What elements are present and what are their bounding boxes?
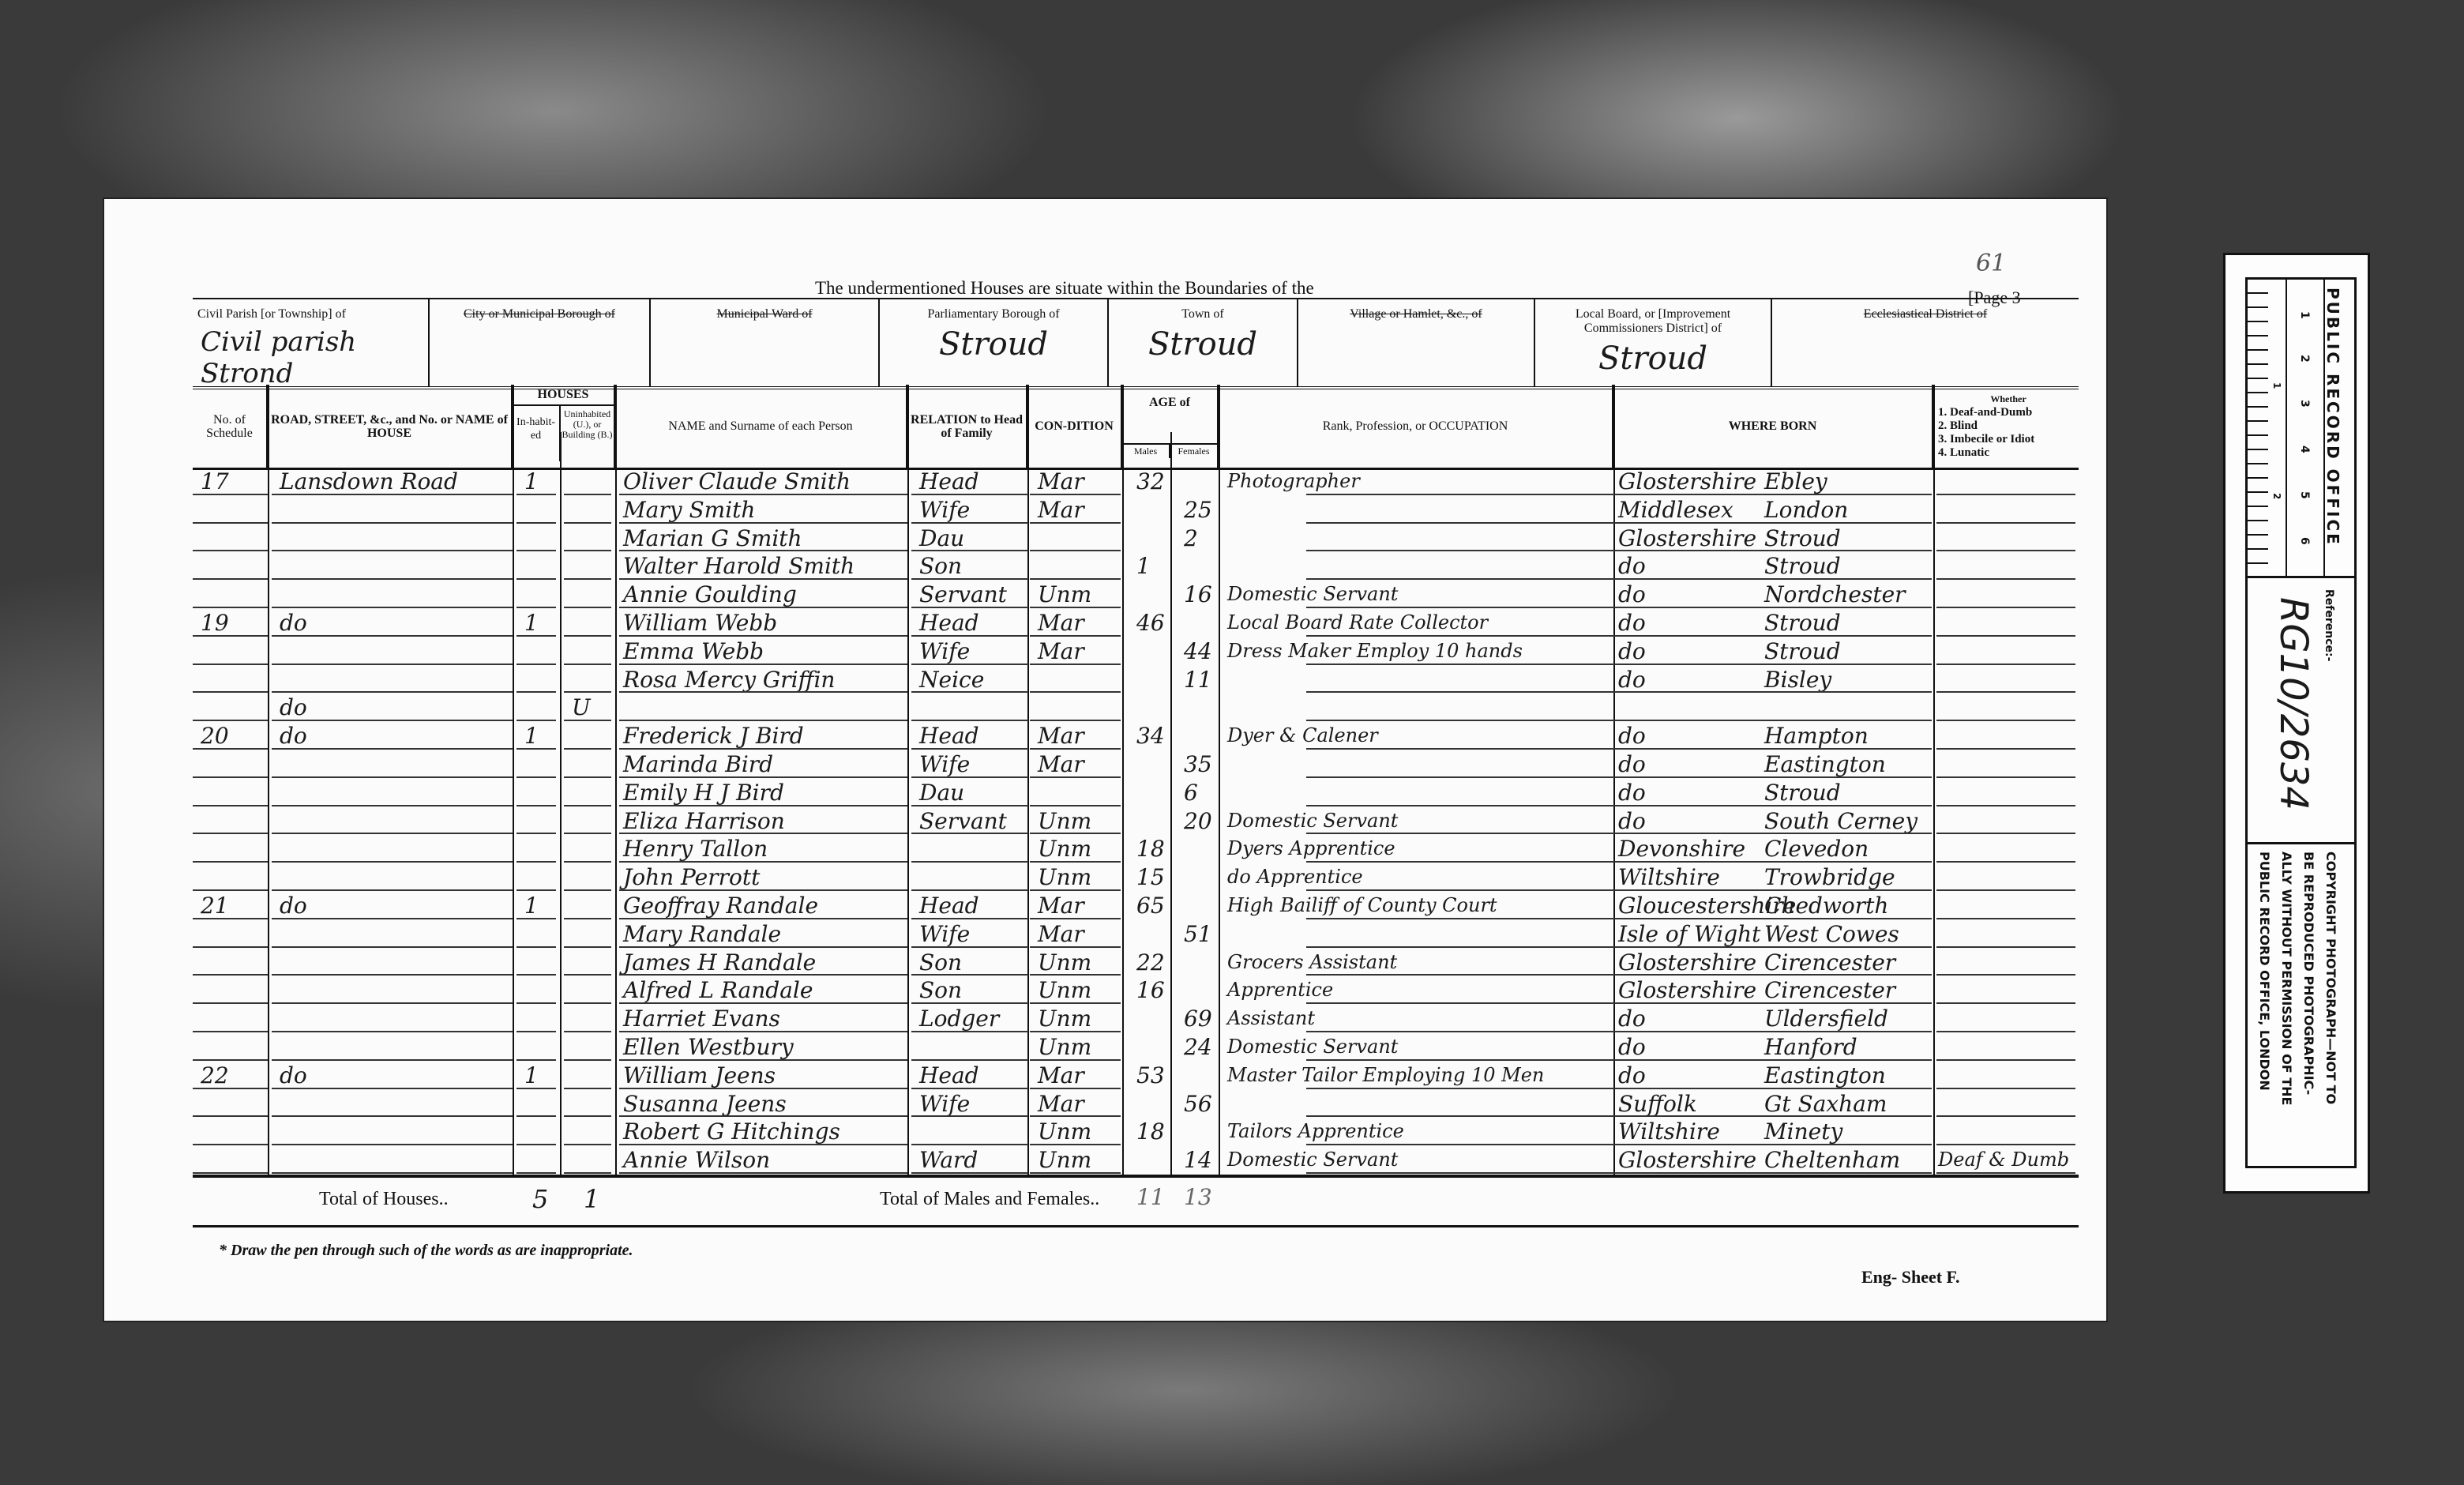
ruled-line	[1616, 946, 1932, 948]
ruled-line	[1030, 522, 1121, 524]
born-county-cell: Glostershire	[1618, 976, 1756, 1005]
municipal-ward-field: Municipal Ward of	[651, 299, 880, 386]
born-county-cell: do	[1618, 637, 1646, 666]
name-cell: Eliza Harrison	[623, 807, 785, 836]
ruled-line	[564, 776, 611, 778]
ruled-line	[272, 805, 513, 806]
ruled-line	[193, 691, 268, 693]
ruled-line	[272, 578, 513, 580]
name-cell: Frederick J Bird	[623, 722, 804, 750]
ruled-line	[1936, 550, 2075, 551]
field-label: Ecclesiastical District of	[1772, 299, 2079, 321]
infirmity-item: 1. Deaf-and-Dumb	[1938, 406, 2079, 419]
ruled-line	[619, 861, 907, 863]
scale-ruler: PUBLIC RECORD OFFICE 1 2 3 4 5 6 1 2	[2245, 277, 2357, 578]
relation-cell: Wife	[919, 496, 970, 524]
ruled-line	[272, 889, 513, 891]
female-age-cell: 2	[1184, 524, 1198, 553]
ruled-line	[1936, 691, 2075, 693]
road-cell: do	[280, 694, 307, 722]
born-place-cell: Stroud	[1764, 552, 1841, 581]
ruled-line	[516, 1031, 556, 1032]
table-row: Emma WebbWifeMar44Dress Maker Employ 10 …	[193, 637, 2079, 666]
ruled-line	[619, 776, 907, 778]
relation-cell: Servant	[919, 581, 1007, 609]
relation-cell: Head	[919, 468, 979, 496]
ruled-line	[911, 607, 1028, 608]
ruled-line	[1030, 550, 1121, 551]
ruled-line	[911, 1144, 1028, 1145]
born-place-cell: South Cerney	[1764, 807, 1917, 836]
born-place-cell: Stroud	[1764, 779, 1841, 807]
houses-label: HOUSES	[513, 385, 614, 406]
ruled-line	[1616, 805, 1932, 806]
ruled-line	[1616, 1088, 1932, 1089]
ruled-line	[193, 550, 268, 551]
ruled-line	[1030, 889, 1121, 891]
ruled-line	[1030, 494, 1121, 495]
ruled-line	[1936, 805, 2075, 806]
ruled-line	[1030, 1088, 1121, 1089]
total-inhabited: 5	[532, 1184, 548, 1214]
ruled-line	[1616, 748, 1932, 750]
ruled-line	[1616, 664, 1932, 665]
ruled-line	[193, 635, 268, 637]
relation-cell: Son	[919, 949, 962, 977]
ruled-line	[272, 1115, 513, 1117]
condition-cell: Unm	[1038, 949, 1091, 977]
reference-label: Reference:-	[2323, 589, 2335, 661]
ruled-line	[911, 1088, 1028, 1089]
male-age-cell: 46	[1136, 609, 1165, 637]
condition-cell: Mar	[1038, 609, 1084, 637]
ruled-line	[1936, 720, 2075, 721]
inch-mark: 2	[2271, 493, 2282, 499]
relation-cell: Servant	[919, 807, 1007, 836]
born-county-cell: Middlesex	[1618, 496, 1733, 524]
ruled-line	[1936, 1144, 2075, 1145]
uninhabited-cell: U	[572, 694, 591, 722]
ruled-line	[619, 1031, 907, 1032]
ruler-number: 6	[2298, 537, 2311, 545]
ruled-line	[1616, 691, 1932, 693]
condition-cell: Unm	[1038, 807, 1091, 836]
ruled-line	[1936, 522, 2075, 524]
born-county-cell: do	[1618, 779, 1646, 807]
ruled-line	[272, 522, 513, 524]
table-row: John PerrottUnm15do ApprenticeWiltshireT…	[193, 863, 2079, 892]
born-county-cell: do	[1618, 750, 1646, 779]
ruler-number: 2	[2298, 355, 2311, 363]
copyright-line: COPYRIGHT PHOTOGRAPH—NOT TO	[2323, 852, 2338, 1104]
ruled-line	[1030, 720, 1121, 721]
road-cell: do	[280, 1062, 307, 1090]
relation-cell: Head	[919, 722, 979, 750]
condition-cell: Mar	[1038, 1062, 1084, 1090]
name-cell: Mary Randale	[623, 920, 781, 949]
ruled-line	[272, 946, 513, 948]
table-row: Robert G HitchingsUnm18Tailors Apprentic…	[193, 1118, 2079, 1146]
ruled-line	[1616, 918, 1932, 919]
table-row: Rosa Mercy GriffinNeice11doBisley	[193, 666, 2079, 694]
ruled-line	[1030, 918, 1121, 919]
name-cell: Marian G Smith	[623, 524, 802, 553]
ruled-line	[564, 1031, 611, 1032]
ruled-line	[516, 833, 556, 834]
ruled-line	[911, 918, 1028, 919]
table-row: Walter Harold SmithSon1doStroud	[193, 552, 2079, 581]
road-cell: do	[280, 892, 307, 920]
born-place-cell: Trowbridge	[1764, 863, 1895, 892]
ruled-line	[1936, 607, 2075, 608]
occupation-cell: Master Tailor Employing 10 Men	[1227, 1062, 1544, 1090]
ruled-line	[516, 889, 556, 891]
relation-cell: Lodger	[919, 1005, 999, 1033]
name-cell: Emily H J Bird	[623, 779, 784, 807]
ruler-number: 1	[2298, 311, 2311, 319]
occupation-cell: Photographer	[1227, 468, 1360, 496]
ruled-line	[516, 974, 556, 976]
ruled-line	[193, 805, 268, 806]
ruled-line	[564, 720, 611, 721]
born-county-cell: Isle of Wight	[1618, 920, 1760, 949]
female-age-cell: 24	[1184, 1033, 1212, 1062]
ruled-line	[1616, 494, 1932, 495]
occupation-cell: Dress Maker Employ 10 hands	[1227, 637, 1523, 666]
col-uninhabited: Uninhabited (U.), or Building (B.)	[561, 406, 614, 461]
table-row: 19do1William WebbHeadMar46Local Board Ra…	[193, 609, 2079, 637]
civil-parish-field: Civil Parish [or Township] of Civil pari…	[193, 299, 430, 386]
field-label: City or Municipal Borough of	[430, 299, 649, 321]
born-place-cell: Hanford	[1764, 1033, 1857, 1062]
ruler-number: 4	[2298, 445, 2311, 453]
ruled-line	[272, 1172, 513, 1174]
ruled-line	[516, 1002, 556, 1004]
ruled-line	[516, 805, 556, 806]
ruled-line	[193, 494, 268, 495]
female-age-cell: 11	[1184, 666, 1212, 694]
ruled-line	[516, 1115, 556, 1117]
ruled-line	[1030, 1059, 1121, 1061]
ruled-line	[193, 720, 268, 721]
ruled-line	[1030, 1002, 1121, 1004]
ruled-line	[911, 833, 1028, 834]
ruled-line	[516, 494, 556, 495]
female-age-cell: 56	[1184, 1090, 1212, 1118]
name-cell: Ellen Westbury	[623, 1033, 794, 1062]
ruled-line	[272, 1031, 513, 1032]
born-place-cell: Cirencester	[1764, 976, 1895, 1005]
born-place-cell: London	[1764, 496, 1848, 524]
ruled-line	[1616, 1031, 1932, 1032]
ruled-line	[1616, 522, 1932, 524]
occupation-cell: Assistant	[1227, 1005, 1315, 1033]
ruled-line	[272, 833, 513, 834]
born-place-cell: Uldersfield	[1764, 1005, 1888, 1033]
occupation-cell: Dyer & Calener	[1227, 722, 1378, 750]
ruled-line	[193, 1172, 268, 1174]
relation-cell: Son	[919, 552, 962, 581]
ruled-line	[1936, 1172, 2075, 1174]
ruled-line	[1616, 776, 1932, 778]
ruled-line	[911, 691, 1028, 693]
inhabited-cell: 1	[524, 892, 539, 920]
ruled-line	[911, 1002, 1028, 1004]
name-cell: John Perrott	[623, 863, 760, 892]
inhabited-cell: 1	[524, 722, 539, 750]
condition-cell: Unm	[1038, 976, 1091, 1005]
name-cell: Emma Webb	[623, 637, 764, 666]
ruled-line	[911, 946, 1028, 948]
ruled-line	[193, 607, 268, 608]
table-row: 20do1Frederick J BirdHeadMar34Dyer & Cal…	[193, 722, 2079, 750]
field-label: Village or Hamlet, &c., of	[1298, 299, 1534, 321]
ruled-line	[911, 861, 1028, 863]
female-age-cell: 6	[1184, 779, 1198, 807]
ruled-line	[911, 720, 1028, 721]
born-place-cell: Stroud	[1764, 609, 1841, 637]
ruled-line	[193, 1059, 268, 1061]
ruled-line	[516, 748, 556, 750]
ruled-line	[911, 550, 1028, 551]
schedule-cell: 19	[201, 609, 229, 637]
copyright-box: COPYRIGHT PHOTOGRAPH—NOT TO BE REPRODUCE…	[2245, 842, 2357, 1168]
relation-cell: Head	[919, 609, 979, 637]
ruled-line	[1030, 776, 1121, 778]
female-age-cell: 20	[1184, 807, 1212, 836]
born-place-cell: Gt Saxham	[1764, 1090, 1887, 1118]
ruled-line	[193, 1031, 268, 1032]
relation-cell: Wife	[919, 1090, 970, 1118]
born-county-cell: Glostershire	[1618, 468, 1756, 496]
female-age-cell: 16	[1184, 581, 1212, 609]
name-cell: Rosa Mercy Griffin	[623, 666, 835, 694]
ruled-line	[193, 1115, 268, 1117]
relation-cell: Head	[919, 1062, 979, 1090]
strip-title: PUBLIC RECORD OFFICE	[2323, 288, 2342, 547]
col-occupation: Rank, Profession, or OCCUPATION	[1219, 385, 1613, 468]
ruled-line	[1936, 578, 2075, 580]
ruled-line	[564, 1059, 611, 1061]
ruled-line	[193, 1002, 268, 1004]
table-row: Ellen WestburyUnm24Domestic ServantdoHan…	[193, 1033, 2079, 1062]
female-age-cell: 35	[1184, 750, 1212, 779]
field-label: Civil Parish [or Township] of	[193, 299, 428, 321]
ruled-line	[1616, 1115, 1932, 1117]
table-row: Annie GouldingServantUnm16Domestic Serva…	[193, 581, 2079, 609]
condition-cell: Mar	[1038, 892, 1084, 920]
infirmity-item: 4. Lunatic	[1938, 446, 2079, 460]
ruled-line	[564, 861, 611, 863]
ruled-line	[911, 635, 1028, 637]
occupation-cell: Domestic Servant	[1227, 807, 1398, 836]
name-cell: Oliver Claude Smith	[623, 468, 851, 496]
ruled-line	[619, 1172, 907, 1174]
ruled-line	[564, 748, 611, 750]
born-county-cell: do	[1618, 609, 1646, 637]
condition-cell: Unm	[1038, 863, 1091, 892]
born-place-cell: Chedworth	[1764, 892, 1888, 920]
ruled-line	[193, 748, 268, 750]
born-place-cell: Bisley	[1764, 666, 1831, 694]
ecclesiastical-district-field: Ecclesiastical District of	[1772, 299, 2079, 386]
ruled-line	[193, 522, 268, 524]
ruled-line	[564, 550, 611, 551]
ruled-line	[193, 889, 268, 891]
folio-number: 61	[1976, 250, 2006, 277]
relation-cell: Wife	[919, 750, 970, 779]
occupation-cell: Domestic Servant	[1227, 1033, 1398, 1062]
ruled-line	[1936, 1059, 2075, 1061]
born-county-cell: Devonshire	[1618, 835, 1745, 863]
ruled-line	[193, 578, 268, 580]
ruled-line	[1616, 1059, 1932, 1061]
name-cell: Harriet Evans	[623, 1005, 780, 1033]
ruled-line	[272, 494, 513, 495]
ruled-line	[272, 1059, 513, 1061]
ruled-line	[911, 1031, 1028, 1032]
sheet-label: Eng- Sheet F.	[1861, 1267, 1959, 1288]
occupation-cell: Local Board Rate Collector	[1227, 609, 1488, 637]
ruled-line	[619, 720, 907, 721]
table-row: Alfred L RandaleSonUnm16ApprenticeGloste…	[193, 976, 2079, 1005]
ruled-line	[1030, 1144, 1121, 1145]
parliamentary-borough-field: Parliamentary Borough of Stroud	[880, 299, 1109, 386]
municipal-borough-field: City or Municipal Borough of	[430, 299, 651, 386]
name-cell: William Webb	[623, 609, 777, 637]
ruled-line	[193, 918, 268, 919]
ruled-line	[1616, 635, 1932, 637]
field-label: Municipal Ward of	[651, 299, 878, 321]
occupation-cell: High Bailiff of County Court	[1227, 892, 1497, 920]
ruled-line	[619, 1144, 907, 1145]
ruled-line	[619, 918, 907, 919]
ruled-line	[619, 607, 907, 608]
ruled-line	[1936, 494, 2075, 495]
ruled-line	[1030, 833, 1121, 834]
ruled-line	[564, 889, 611, 891]
town-field: Town of Stroud	[1109, 299, 1298, 386]
name-cell: William Jeens	[623, 1062, 776, 1090]
table-row: doU	[193, 694, 2079, 722]
ruled-line	[272, 691, 513, 693]
ruled-line	[1030, 1172, 1121, 1174]
road-cell: Lansdown Road	[280, 468, 458, 496]
field-label: Parliamentary Borough of	[880, 299, 1107, 321]
ruled-line	[1030, 748, 1121, 750]
schedule-cell: 22	[201, 1062, 229, 1090]
schedule-cell: 20	[201, 722, 229, 750]
inhabited-cell: 1	[524, 1062, 539, 1090]
ruled-line	[911, 1172, 1028, 1174]
ruled-line	[911, 494, 1028, 495]
field-label: Local Board, or [Improvement Commissione…	[1535, 299, 1771, 336]
census-sheet: 61 The undermentioned Houses are situate…	[103, 197, 2108, 1322]
ruled-line	[272, 550, 513, 551]
ruled-line	[619, 1088, 907, 1089]
male-age-cell: 18	[1136, 835, 1165, 863]
condition-cell: Unm	[1038, 835, 1091, 863]
ruled-line	[911, 805, 1028, 806]
field-label: Town of	[1109, 299, 1297, 321]
relation-cell: Ward	[919, 1146, 978, 1175]
ruled-line	[516, 861, 556, 863]
ruled-line	[516, 664, 556, 665]
born-county-cell: Glostershire	[1618, 524, 1756, 553]
ruled-line	[619, 494, 907, 495]
col-houses: HOUSES In-habit-ed Uninhabited (U.), or …	[513, 385, 615, 468]
ruled-line	[564, 635, 611, 637]
ruled-line	[1936, 1002, 2075, 1004]
age-label: AGE of	[1122, 385, 1217, 445]
table-row: 21do1Geoffray RandaleHeadMar65High Baili…	[193, 892, 2079, 920]
relation-cell: Neice	[919, 666, 984, 694]
ruled-line	[193, 946, 268, 948]
ruled-line	[564, 1088, 611, 1089]
table-row: Marinda BirdWifeMar35doEastington	[193, 750, 2079, 779]
ruled-line	[911, 578, 1028, 580]
ruled-line	[564, 833, 611, 834]
ruled-line	[516, 578, 556, 580]
ruled-line	[1936, 664, 2075, 665]
ruled-line	[272, 1002, 513, 1004]
schedule-cell: 17	[201, 468, 229, 496]
ruled-line	[272, 720, 513, 721]
ruled-line	[1616, 833, 1932, 834]
total-females: 13	[1184, 1184, 1212, 1210]
ruled-line	[1030, 1031, 1121, 1032]
ruled-line	[516, 550, 556, 551]
ruled-line	[911, 664, 1028, 665]
name-cell: Walter Harold Smith	[623, 552, 855, 581]
table-row: 22do1William JeensHeadMar53Master Tailor…	[193, 1062, 2079, 1090]
ruled-line	[1936, 833, 2075, 834]
ruled-line	[1616, 720, 1932, 721]
ruled-line	[193, 776, 268, 778]
born-county-cell: Wiltshire	[1618, 863, 1720, 892]
ruled-line	[911, 974, 1028, 976]
born-county-cell: Wiltshire	[1618, 1118, 1720, 1146]
table-row: Henry TallonUnm18Dyers ApprenticeDevonsh…	[193, 835, 2079, 863]
born-county-cell: Glostershire	[1618, 949, 1756, 977]
col-schedule: No. of Schedule	[193, 385, 268, 468]
ruled-line	[564, 946, 611, 948]
ruled-line	[619, 522, 907, 524]
ruled-line	[564, 1002, 611, 1004]
ruled-line	[1030, 974, 1121, 976]
ruled-line	[1030, 664, 1121, 665]
infirmity-item: 2. Blind	[1938, 419, 2079, 433]
table-row: Mary RandaleWifeMar51Isle of WightWest C…	[193, 920, 2079, 949]
table-row: James H RandaleSonUnm22Grocers Assistant…	[193, 949, 2079, 977]
col-condition: CON-DITION	[1027, 385, 1122, 468]
condition-cell: Unm	[1038, 1005, 1091, 1033]
ruled-line	[619, 1115, 907, 1117]
female-age-cell: 44	[1184, 637, 1212, 666]
ruled-line	[1616, 607, 1932, 608]
ruled-line	[564, 1115, 611, 1117]
born-county-cell: Suffolk	[1618, 1090, 1697, 1118]
ruled-line	[619, 974, 907, 976]
born-place-cell: Minety	[1764, 1118, 1842, 1146]
ruled-line	[1936, 748, 2075, 750]
ruled-line	[619, 805, 907, 806]
total-males: 11	[1136, 1184, 1165, 1210]
public-record-office-strip: PUBLIC RECORD OFFICE 1 2 3 4 5 6 1 2 Ref…	[2223, 253, 2370, 1194]
ruled-line	[1936, 974, 2075, 976]
col-inhabited: In-habit-ed	[513, 406, 561, 461]
table-row: 17Lansdown Road1Oliver Claude SmithHeadM…	[193, 468, 2079, 496]
